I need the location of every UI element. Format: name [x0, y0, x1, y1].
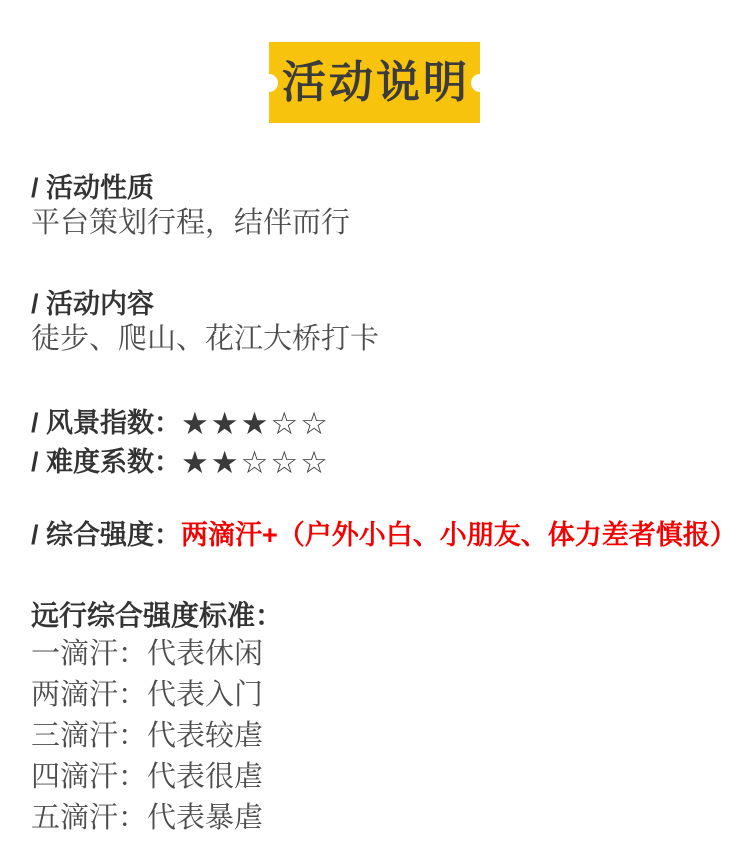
title-banner: 活动说明: [269, 42, 480, 123]
difficulty-rating-label: / 难度系数：: [31, 447, 181, 477]
standard-level-4: 四滴汗：代表很虐: [31, 763, 263, 804]
page-title: 活动说明: [279, 61, 470, 105]
standard-title: 远行综合强度标准：: [31, 602, 283, 630]
standard-level-list: 一滴汗：代表休闲 两滴汗：代表入门 三滴汗：代表较虐 四滴汗：代表很虐 五滴汗：…: [31, 640, 263, 845]
difficulty-rating-row: / 难度系数：★★☆☆☆: [31, 447, 330, 478]
ticket-notch-right: [471, 74, 489, 92]
intensity-warning-text: 两滴汗+（户外小白、小朋友、体力差者慎报）: [181, 520, 737, 550]
activity-content-text: 徒步、爬山、花江大桥打卡: [31, 325, 379, 354]
standard-level-5: 五滴汗：代表暴虐: [31, 804, 263, 845]
section-title-activity-content: / 活动内容: [31, 291, 154, 318]
scenery-star-rating: ★★★☆☆: [181, 406, 330, 441]
intensity-row: / 综合强度：两滴汗+（户外小白、小朋友、体力差者慎报）: [31, 522, 737, 549]
scenery-rating-row: / 风景指数：★★★☆☆: [31, 408, 330, 439]
intensity-label: / 综合强度：: [31, 520, 181, 550]
standard-level-1: 一滴汗：代表休闲: [31, 640, 263, 681]
ticket-notch-left: [260, 74, 278, 92]
activity-nature-text: 平台策划行程，结伴而行: [31, 209, 350, 238]
scenery-rating-label: / 风景指数：: [31, 408, 181, 438]
section-title-activity-nature: / 活动性质: [31, 175, 154, 202]
standard-level-2: 两滴汗：代表入门: [31, 681, 263, 722]
difficulty-star-rating: ★★☆☆☆: [181, 445, 330, 480]
standard-level-3: 三滴汗：代表较虐: [31, 722, 263, 763]
